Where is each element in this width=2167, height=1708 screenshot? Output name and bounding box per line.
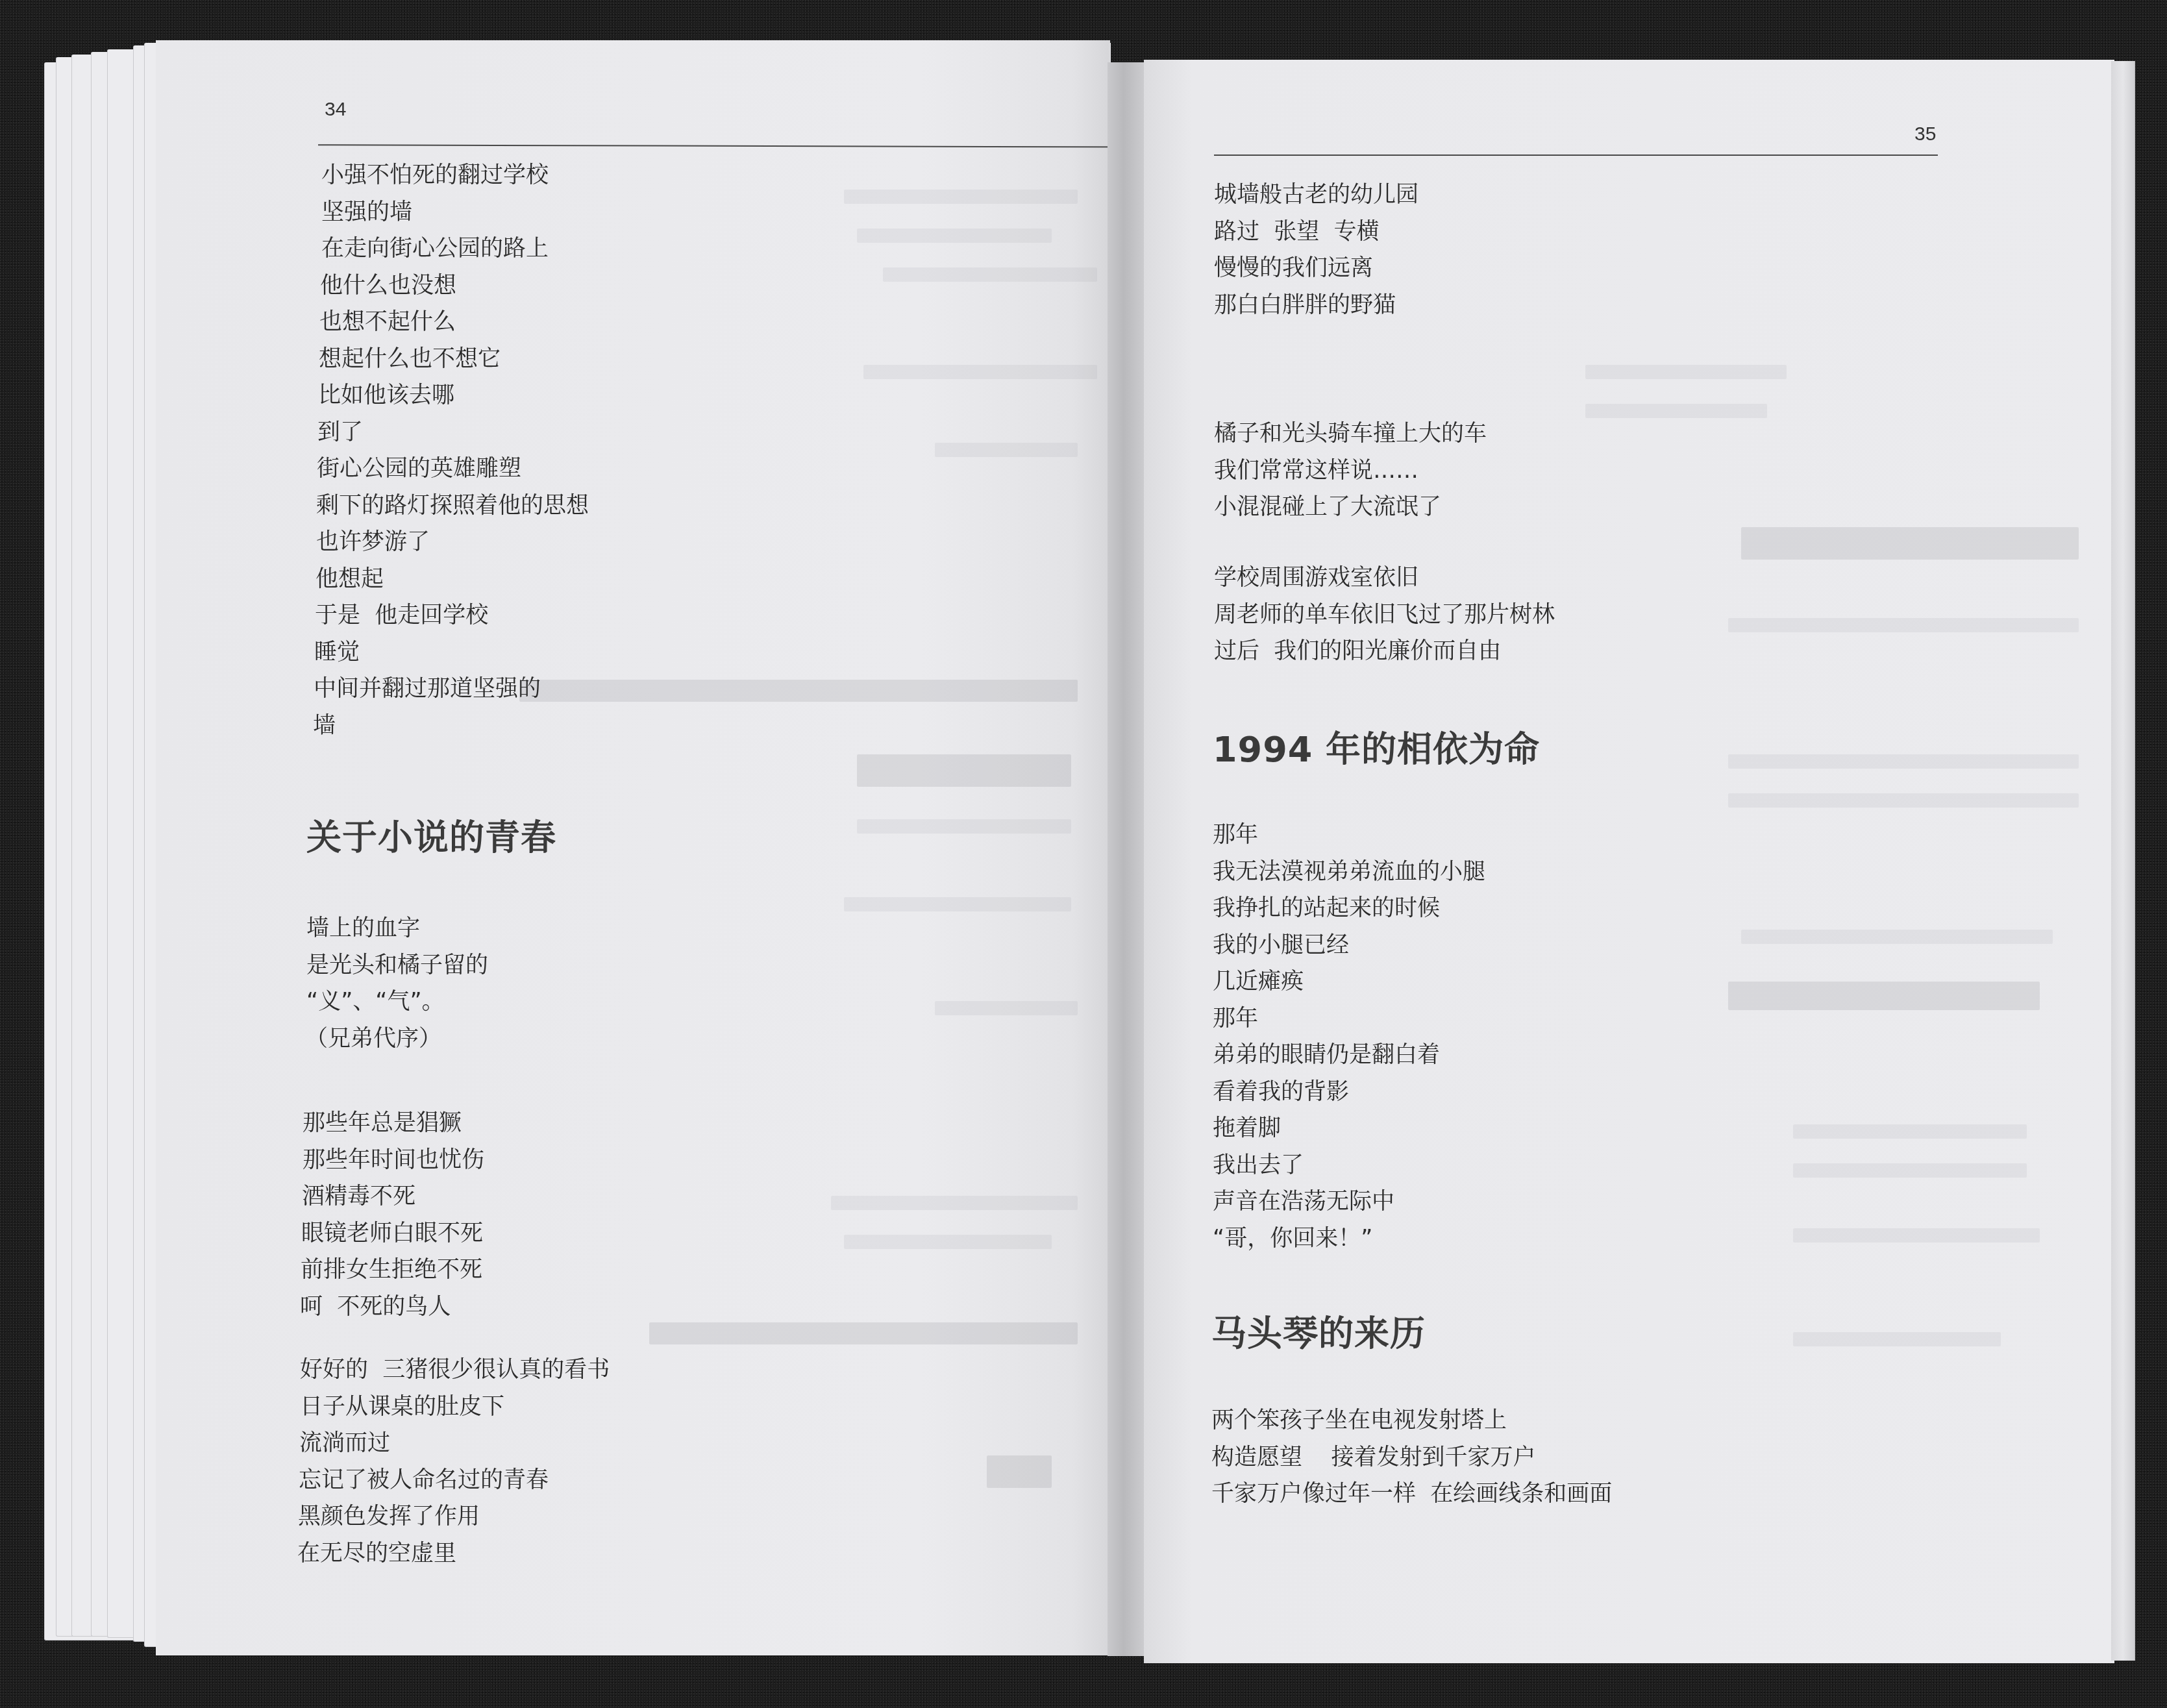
show-through-heading — [1728, 982, 2040, 1010]
poem-line: 几近瘫痪 — [1213, 963, 1485, 1000]
show-through-heading — [987, 1455, 1052, 1488]
poem-line: 在走向街心公园的路上 — [321, 230, 589, 267]
poem-line: 小混混碰上了大流氓了 — [1214, 489, 1487, 526]
show-through-text — [1585, 404, 1767, 418]
poem-line: （兄弟代序） — [305, 1021, 488, 1058]
poem-line: 街心公园的英雄雕塑 — [317, 451, 589, 488]
poem-line: 中间并翻过那道坚强的 — [314, 671, 589, 708]
show-through-text — [935, 1001, 1078, 1015]
poem-body: 那年 我无法漠视弟弟流血的小腿 我挣扎的站起来的时候 我的小腿已经 几近瘫痪 那… — [1213, 817, 1485, 1257]
show-through-text — [1793, 1124, 2027, 1139]
poem-line: 也许梦游了 — [316, 524, 589, 561]
poem-line: 他什么也没想 — [320, 267, 589, 304]
stanza: 橘子和光头骑车撞上大的车 我们常常这样说…… 小混混碰上了大流氓了 — [1214, 415, 1487, 526]
poem-line: “义”、“气”。 — [306, 984, 488, 1021]
show-through-text — [857, 229, 1052, 243]
show-through-text — [883, 267, 1097, 282]
show-through-text — [863, 365, 1097, 379]
poem-line: 我挣扎的站起来的时候 — [1213, 890, 1485, 927]
show-through-text — [1741, 930, 2053, 944]
show-through-text — [1793, 1332, 2001, 1346]
show-through-text — [1585, 365, 1787, 379]
poem-line: 慢慢的我们远离 — [1214, 250, 1418, 287]
poem-line: 墙 — [313, 708, 589, 745]
poem-line: 好好的 三猪很少很认真的看书 — [300, 1352, 610, 1389]
poem-line: 那年 — [1213, 817, 1485, 854]
show-through-text — [1793, 1163, 2027, 1178]
show-through-text — [844, 1235, 1052, 1249]
book-page-left: 34 小强不怕死的翻过学校 坚强的墙 在走向街心公园的路上 他什么也没想 也想不… — [156, 40, 1110, 1655]
poem-line: 两个笨孩子坐在电视发射塔上 — [1211, 1402, 1612, 1439]
poem-line: 比如他该去哪 — [318, 377, 589, 414]
poem-line: 城墙般古老的幼儿园 — [1214, 177, 1418, 214]
poem-line: 我们常常这样说…… — [1214, 452, 1487, 489]
poem-line: 橘子和光头骑车撞上大的车 — [1214, 415, 1487, 452]
page-number: 34 — [325, 99, 346, 121]
show-through-text — [831, 1196, 1078, 1210]
poem-line: 剩下的路灯探照着他的思想 — [316, 488, 589, 525]
poem-line: 拖着脚 — [1213, 1110, 1485, 1147]
stanza: 城墙般古老的幼儿园 路过 张望 专横 慢慢的我们远离 那白白胖胖的野猫 — [1214, 177, 1418, 323]
header-rule — [1214, 155, 1938, 156]
poem-line: 于是 他走回学校 — [315, 597, 589, 634]
poem-line: 那些年总是猖獗 — [303, 1105, 484, 1142]
stanza: 好好的 三猪很少很认真的看书 日子从课桌的肚皮下 流淌而过 忘记了被人命名过的青… — [300, 1352, 610, 1572]
poem-line: 前排女生拒绝不死 — [301, 1252, 484, 1289]
poem-line: 千家万户像过年一样 在绘画线条和画面 — [1211, 1476, 1612, 1513]
show-through-band — [519, 680, 1078, 702]
poem-line: 弟弟的眼睛仍是翻白着 — [1213, 1037, 1485, 1074]
show-through-text — [857, 819, 1071, 834]
section-title: 关于小说的青春 — [306, 810, 556, 860]
book-fore-edge — [2111, 61, 2135, 1661]
show-through-band — [649, 1322, 1078, 1344]
poem-line: 我出去了 — [1213, 1147, 1485, 1184]
poem-line: 酒精毒不死 — [302, 1178, 484, 1215]
poem-line: 也想不起什么 — [319, 304, 589, 341]
section-title: 1994 年的相依为命 — [1213, 722, 1540, 772]
poem-line: 坚强的墙 — [321, 194, 589, 231]
show-through-text — [844, 190, 1078, 204]
poem-body: 两个笨孩子坐在电视发射塔上 构造愿望 接着发射到千家万户 千家万户像过年一样 在… — [1211, 1402, 1612, 1513]
poem-line: 构造愿望 接着发射到千家万户 — [1211, 1439, 1612, 1476]
stanza: 墙上的血字 是光头和橘子留的 “义”、“气”。 （兄弟代序） — [306, 910, 488, 1057]
show-through-text — [1728, 618, 2079, 632]
poem-line: 那年 — [1213, 1000, 1485, 1037]
poem-line: 在无尽的空虚里 — [297, 1535, 610, 1572]
poem-line: 忘记了被人命名过的青春 — [299, 1462, 610, 1499]
header-rule — [318, 144, 1214, 148]
poem-line: 墙上的血字 — [306, 910, 488, 947]
stanza: 那些年总是猖獗 那些年时间也忧伤 酒精毒不死 眼镜老师白眼不死 前排女生拒绝不死… — [303, 1105, 484, 1325]
poem-line: 小强不怕死的翻过学校 — [321, 157, 589, 194]
poem-line: 睡觉 — [314, 634, 589, 671]
poem-line: 我无法漠视弟弟流血的小腿 — [1213, 854, 1485, 891]
show-through-text — [844, 897, 1071, 911]
poem-line: 我的小腿已经 — [1213, 927, 1485, 964]
poem-line: 那些年时间也忧伤 — [303, 1142, 484, 1179]
show-through-text — [1728, 793, 2079, 808]
poem-line: 声音在浩荡无际中 — [1213, 1183, 1485, 1220]
section-title: 马头琴的来历 — [1211, 1306, 1426, 1356]
book-page-right: 35 城墙般古老的幼儿园 路过 张望 专横 慢慢的我们远离 那白白胖胖的野猫 橘… — [1144, 60, 2114, 1663]
poem-line: 过后 我们的阳光廉价而自由 — [1214, 633, 1555, 670]
show-through-text — [935, 443, 1078, 457]
page-number: 35 — [1914, 123, 1936, 145]
poem-line: 眼镜老师白眼不死 — [301, 1215, 484, 1252]
poem-continued: 小强不怕死的翻过学校 坚强的墙 在走向街心公园的路上 他什么也没想 也想不起什么… — [321, 157, 589, 744]
poem-line: 那白白胖胖的野猫 — [1214, 287, 1418, 324]
poem-line: 黑颜色发挥了作用 — [298, 1498, 610, 1535]
book-gutter-shadow — [1108, 62, 1148, 1656]
poem-line: 呵 不死的鸟人 — [300, 1289, 484, 1326]
poem-line: 是光头和橘子留的 — [306, 947, 488, 984]
show-through-text — [1728, 754, 2079, 769]
show-through-heading — [857, 754, 1071, 787]
poem-line: 周老师的单车依旧飞过了那片树林 — [1214, 597, 1555, 634]
poem-line: 流淌而过 — [299, 1425, 610, 1462]
poem-line: 想起什么也不想它 — [319, 341, 589, 378]
poem-line: 他想起 — [316, 561, 589, 598]
poem-line: 学校周围游戏室依旧 — [1214, 560, 1555, 597]
show-through-text — [1793, 1228, 2040, 1243]
poem-line: 到了 — [317, 414, 589, 451]
poem-line: “哥，你回来！” — [1213, 1220, 1485, 1257]
poem-line: 日子从课桌的肚皮下 — [300, 1389, 610, 1426]
stanza: 学校周围游戏室依旧 周老师的单车依旧飞过了那片树林 过后 我们的阳光廉价而自由 — [1214, 560, 1555, 670]
show-through-heading — [1741, 527, 2079, 560]
poem-line: 看着我的背影 — [1213, 1074, 1485, 1111]
poem-line: 路过 张望 专横 — [1214, 214, 1418, 251]
